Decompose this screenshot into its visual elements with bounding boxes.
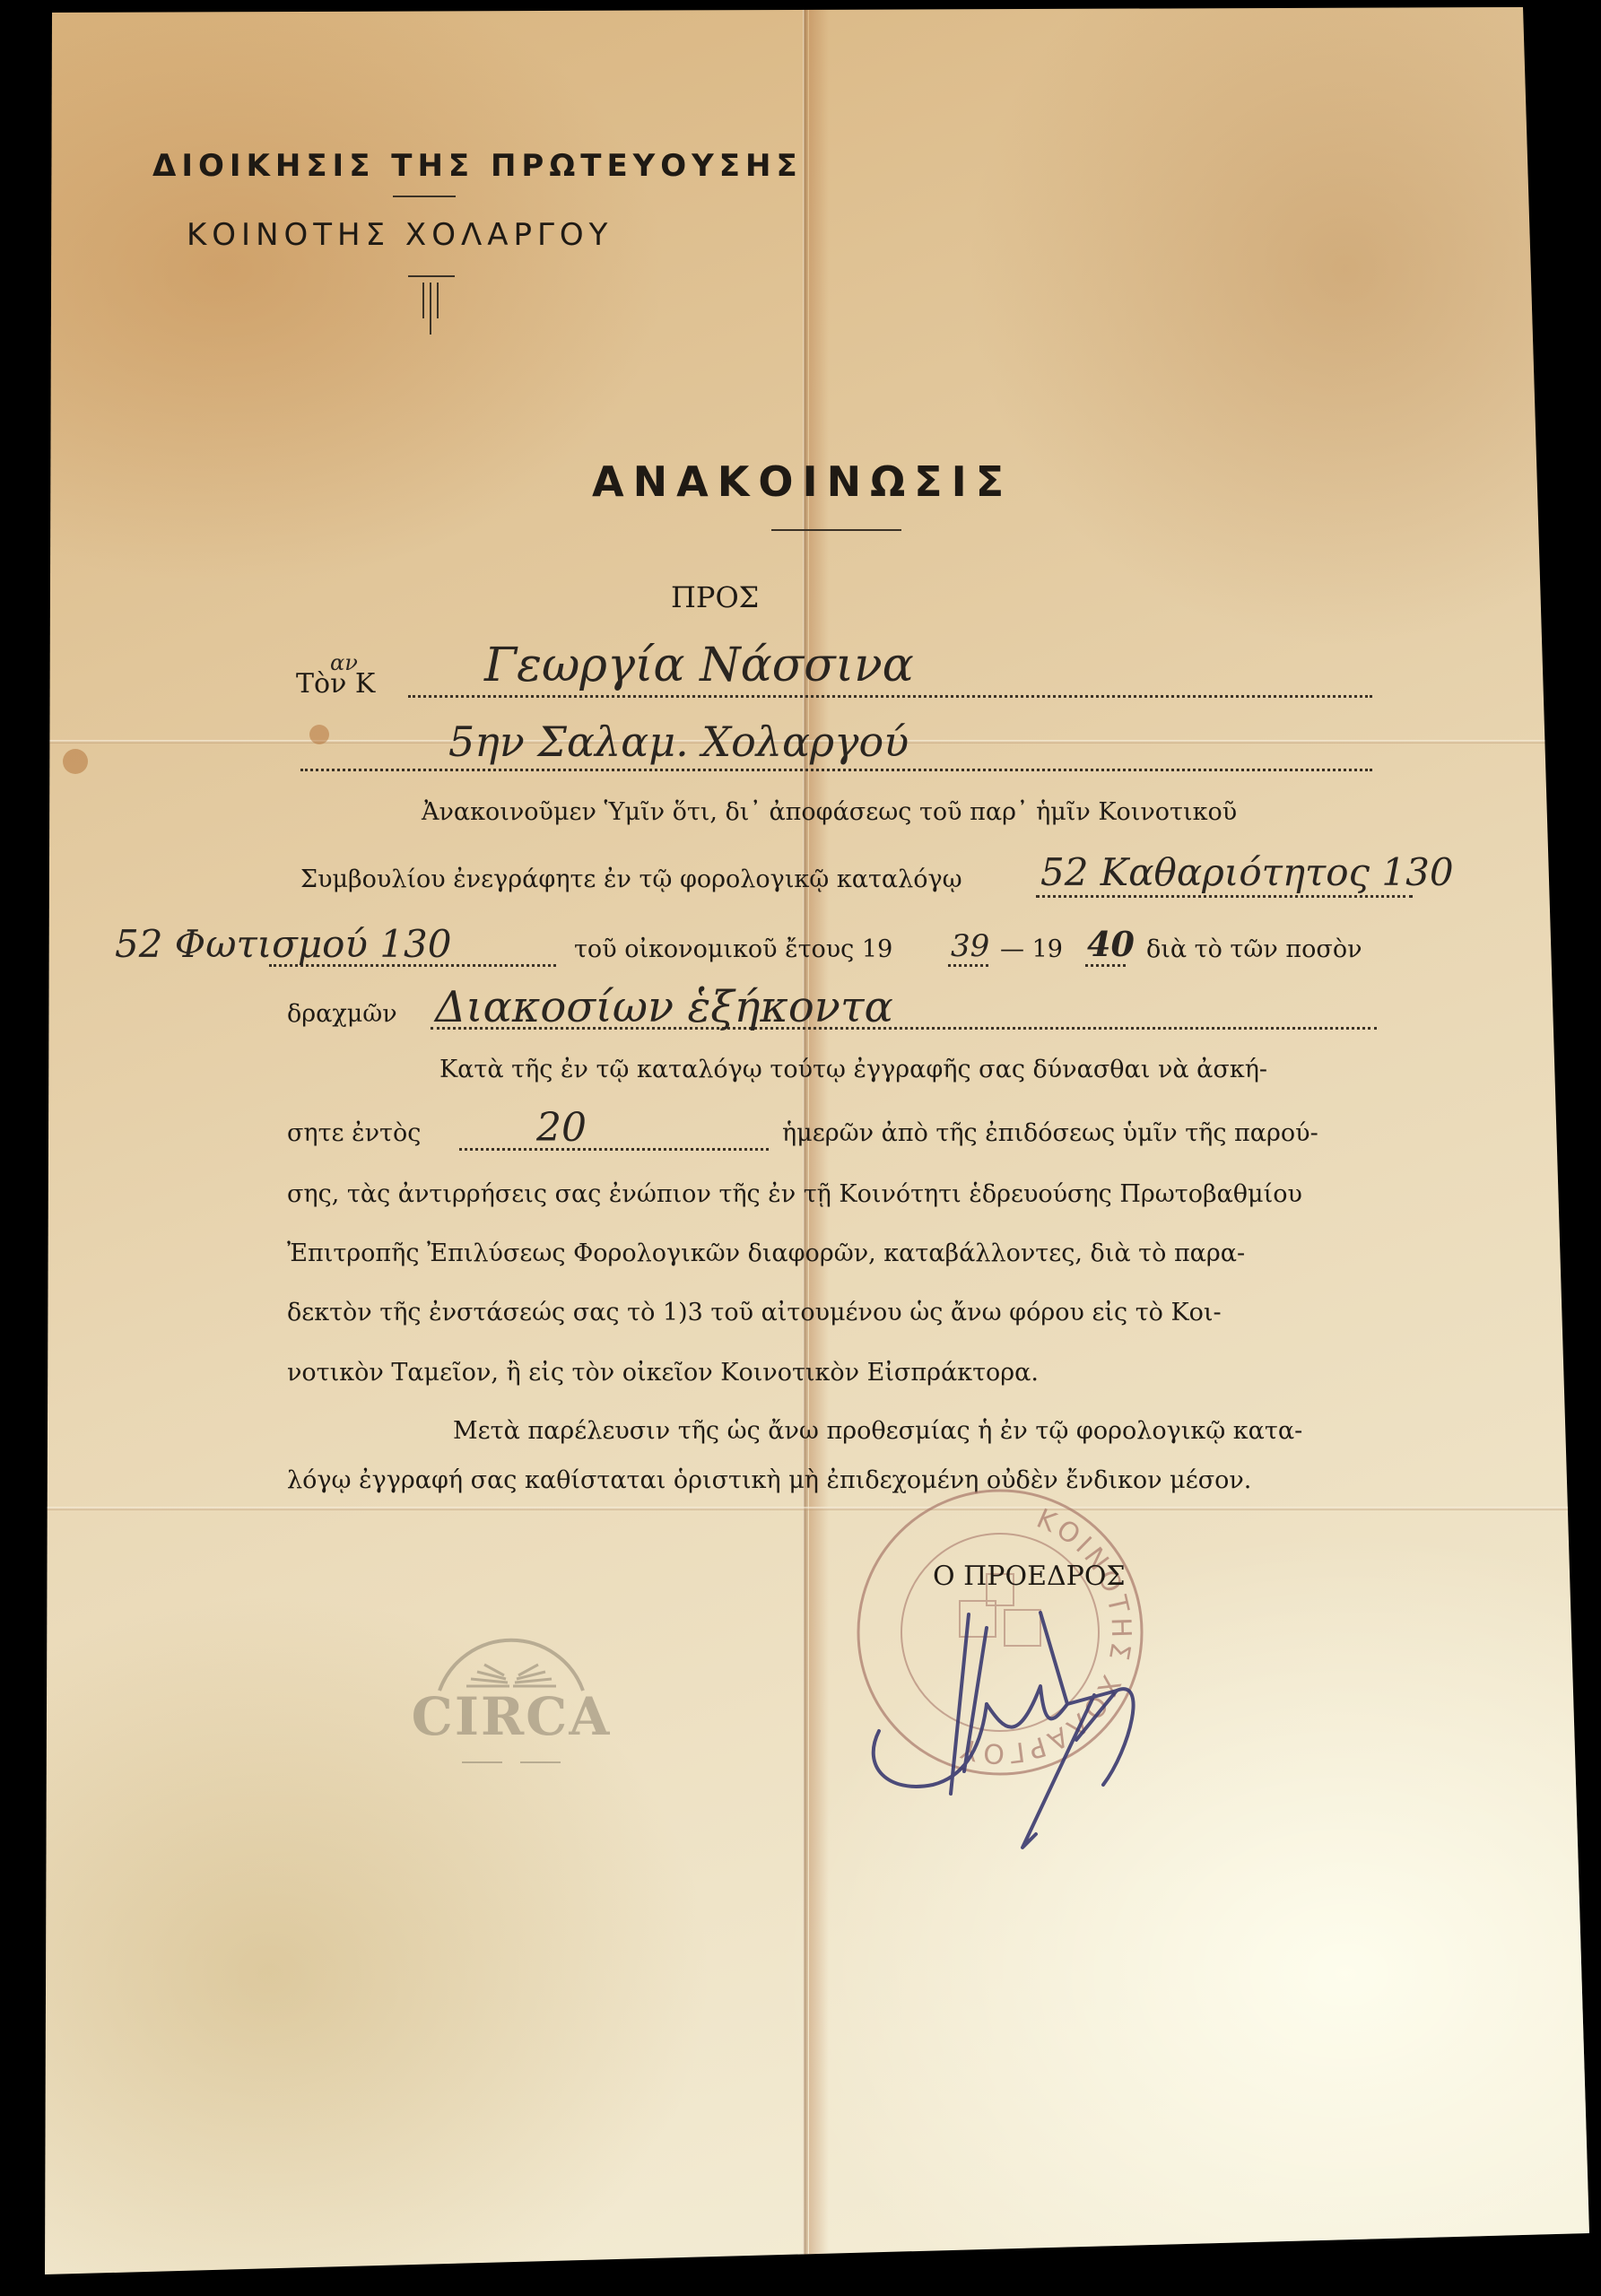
amount-intro: διὰ τὸ τῶν ποσὸν [1146, 935, 1362, 963]
drachma-label: δραχμῶν [287, 1000, 397, 1028]
paragraph-2-line-2b: ἡμερῶν ἀπὸ τῆς ἐπιδόσεως ὑμῖν τῆς παρού- [782, 1119, 1318, 1147]
addressee-name: Γεωργία Νάσσινα [484, 639, 914, 692]
year-start-line [948, 964, 988, 967]
president-signature [861, 1596, 1184, 1865]
addressee-name-line [408, 695, 1372, 698]
fiscal-year-label: τοῦ οἰκονομικοῦ ἔτους 19 [574, 935, 892, 963]
tax-list-entry-1: 52 Καθαριότητος 130 [1040, 850, 1454, 894]
paragraph-2-line-5: δεκτὸν τῆς ἐνστάσεώς σας τὸ 1)3 τοῦ αἰτο… [287, 1299, 1222, 1326]
document-title: ΑΝΑΚΟΙΝΩΣΙΣ [592, 457, 1013, 506]
paragraph-2-line-2a: σητε ἐντὸς [287, 1119, 421, 1147]
addressee-address-line [300, 769, 1372, 771]
paragraph-2-line-6: νοτικὸν Ταμεῖον, ἢ εἰς τὸν οἰκεῖον Κοινο… [287, 1359, 1039, 1387]
watermark-text: CIRCA [404, 1686, 619, 1747]
year-end-line [1085, 964, 1126, 967]
stain [309, 725, 329, 744]
tax-list-entry-2: 52 Φωτισμού 130 [115, 922, 451, 966]
amount-handwritten: Διακοσίων ἑξήκοντα [435, 982, 893, 1032]
horizontal-fold-bottom [45, 1507, 1589, 1510]
stain [63, 749, 88, 774]
letterhead-line-1: ΔΙΟΙΚΗΣΙΣ ΤΗΣ ΠΡΩΤΕΥΟΥΣΗΣ [152, 148, 803, 184]
president-title: Ο ΠΡΟΕΔΡΟΣ [933, 1561, 1126, 1592]
tax-list-line [1036, 895, 1413, 898]
addressee-address: 5ην Σαλαμ. Χολαργού [448, 717, 909, 766]
year-dash: — 19 [1000, 935, 1063, 963]
paragraph-3-line-1: Μετὰ παρέλευσιν τῆς ὡς ἄνω προθεσμίας ἡ … [453, 1417, 1302, 1445]
paragraph-2-line-1: Κατὰ τῆς ἐν τῷ καταλόγῳ τούτῳ ἐγγραφῆς σ… [439, 1056, 1267, 1083]
to-label: ΠΡΟΣ [671, 580, 759, 614]
addressee-superscript: αν [330, 650, 358, 675]
year-end: 40 [1087, 924, 1135, 964]
title-rule [771, 529, 901, 531]
paragraph-2-line-4: Ἐπιτροπῆς Ἐπιλύσεως Φορολογικῶν διαφορῶν… [287, 1239, 1245, 1267]
paragraph-2-line-3: σης, τὰς ἀντιρρήσεις σας ἐνώπιον τῆς ἐν … [287, 1180, 1302, 1208]
document-paper: ΔΙΟΙΚΗΣΙΣ ΤΗΣ ΠΡΩΤΕΥΟΥΣΗΣ ΚΟΙΝΟΤΗΣ ΧΟΛΑΡ… [0, 0, 1601, 2296]
year-start: 39 [951, 928, 989, 964]
paragraph-1-line-2: Συμβουλίου ἐνεγράφητε ἐν τῷ φορολογικῷ κ… [300, 865, 962, 893]
letterhead-divider [393, 196, 456, 197]
circa-watermark: CIRCA [404, 1623, 619, 1794]
days-line [459, 1148, 769, 1151]
paragraph-1-line-1: Ἀνακοινοῦμεν Ὑμῖν ὅτι, δι᾽ ἀποφάσεως τοῦ… [422, 798, 1237, 826]
ionic-column-icon [408, 275, 455, 327]
days-handwritten: 20 [536, 1105, 587, 1151]
letterhead-line-2: ΚΟΙΝΟΤΗΣ ΧΟΛΑΡΓΟΥ [187, 217, 613, 253]
